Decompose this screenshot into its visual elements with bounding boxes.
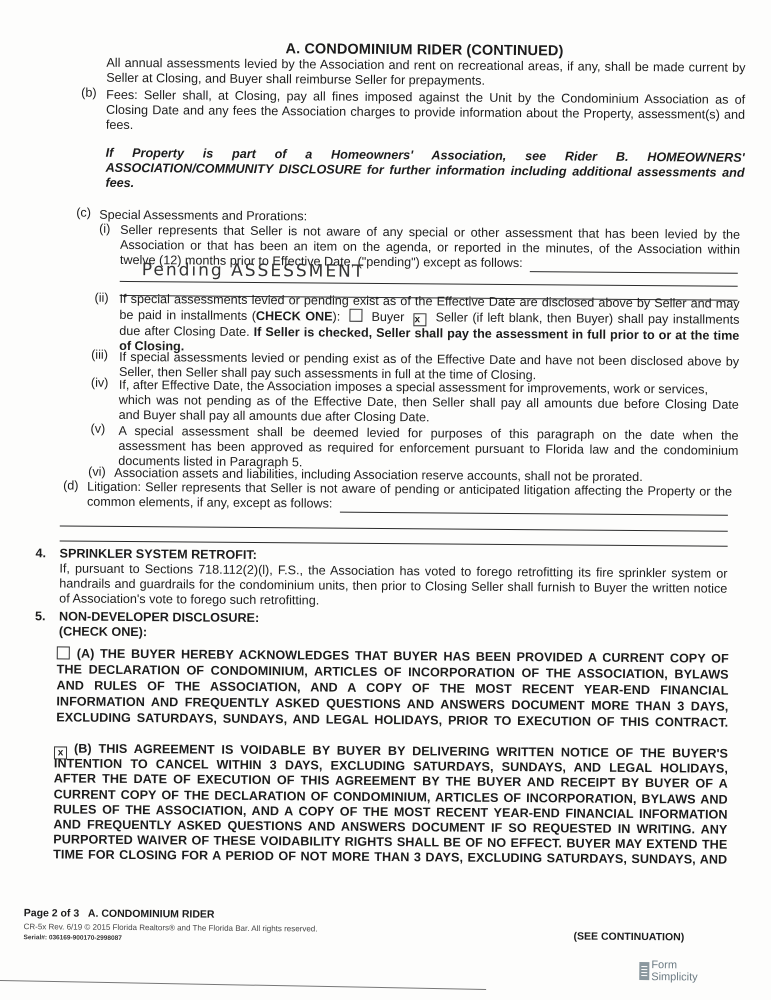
footer-serial: Serial#: 036169-900170-2998087	[24, 934, 122, 942]
paragraph-c-label: (c)	[76, 206, 91, 221]
seller-checkbox[interactable]: x	[413, 313, 426, 326]
section-5-subheading: (CHECK ONE):	[59, 624, 147, 640]
rider-name: A. CONDOMINIUM RIDER	[88, 908, 215, 921]
item-iv: If, after Effective Date, the Associatio…	[119, 378, 739, 428]
buyer-checkbox[interactable]	[349, 309, 362, 322]
section-5-heading: NON-DEVELOPER DISCLOSURE:	[59, 609, 259, 626]
section-5-number: 5.	[35, 609, 46, 624]
item-iii-label: (iii)	[91, 348, 108, 363]
item-ii-label: (ii)	[95, 291, 109, 306]
item-i-label: (i)	[99, 222, 110, 237]
footer-page-info: Page 2 of 3 A. CONDOMINIUM RIDER	[24, 907, 215, 920]
pending-assessment-field[interactable]: Pending ASSESSMENT	[142, 260, 366, 282]
paragraph-d-label: (d)	[63, 478, 79, 493]
form-simplicity-logo: Form Simplicity	[639, 960, 709, 985]
paragraph-a-continued: All annual assessments levied by the Ass…	[106, 56, 745, 91]
section-4-number: 4.	[36, 546, 47, 561]
fill-line	[60, 540, 728, 546]
logo-text-line2: Simplicity	[651, 972, 698, 983]
paragraph-b-label: (b)	[81, 86, 97, 101]
paragraph-c-heading: Special Assessments and Prorations:	[99, 208, 307, 225]
text: be paid in installments (	[119, 308, 256, 323]
page-number: Page 2 of 3	[24, 907, 80, 919]
item-iv-label: (iv)	[91, 376, 109, 391]
paragraph-d: Litigation: Seller represents that Selle…	[87, 480, 732, 515]
seller-label: Seller (if left blank, then Buyer) shall…	[436, 310, 740, 326]
section-4-body: If, pursuant to Sections 718.112(2)(l), …	[59, 561, 727, 611]
item-ii: If special assessments levied or pending…	[119, 292, 739, 359]
check-one-label: CHECK ONE	[256, 309, 333, 324]
see-continuation: (SEE CONTINUATION)	[574, 930, 685, 943]
logo-text-line1: Form	[651, 960, 677, 971]
document-icon	[639, 962, 649, 980]
item-vi-label: (vi)	[88, 465, 106, 480]
text: ):	[333, 310, 341, 324]
item-v-label: (v)	[90, 422, 105, 437]
hoa-notice: If Property is part of a Homeowners' Ass…	[105, 146, 744, 196]
fill-line	[120, 281, 738, 287]
section-4-heading: SPRINKLER SYSTEM RETROFIT:	[60, 546, 257, 563]
scan-edge-line	[0, 980, 486, 990]
document-page: A. CONDOMINIUM RIDER (CONTINUED) All ann…	[0, 0, 771, 1000]
option-a-text: (a) THE BUYER HEREBY ACKNOWLEDGES THAT B…	[56, 645, 729, 730]
option-b-text: (b) THIS AGREEMENT IS VOIDABLE BY BUYER …	[53, 741, 728, 868]
text: due after Closing Date.	[119, 324, 253, 339]
text-bold: If Seller is checked, Seller shall pay t…	[254, 325, 740, 343]
buyer-label: Buyer	[371, 310, 404, 324]
fill-line	[60, 525, 728, 531]
footer-form-info: CR-5x Rev. 6/19 © 2015 Florida Realtors®…	[24, 922, 318, 933]
paragraph-b: Fees: Seller shall, at Closing, pay all …	[106, 88, 745, 138]
